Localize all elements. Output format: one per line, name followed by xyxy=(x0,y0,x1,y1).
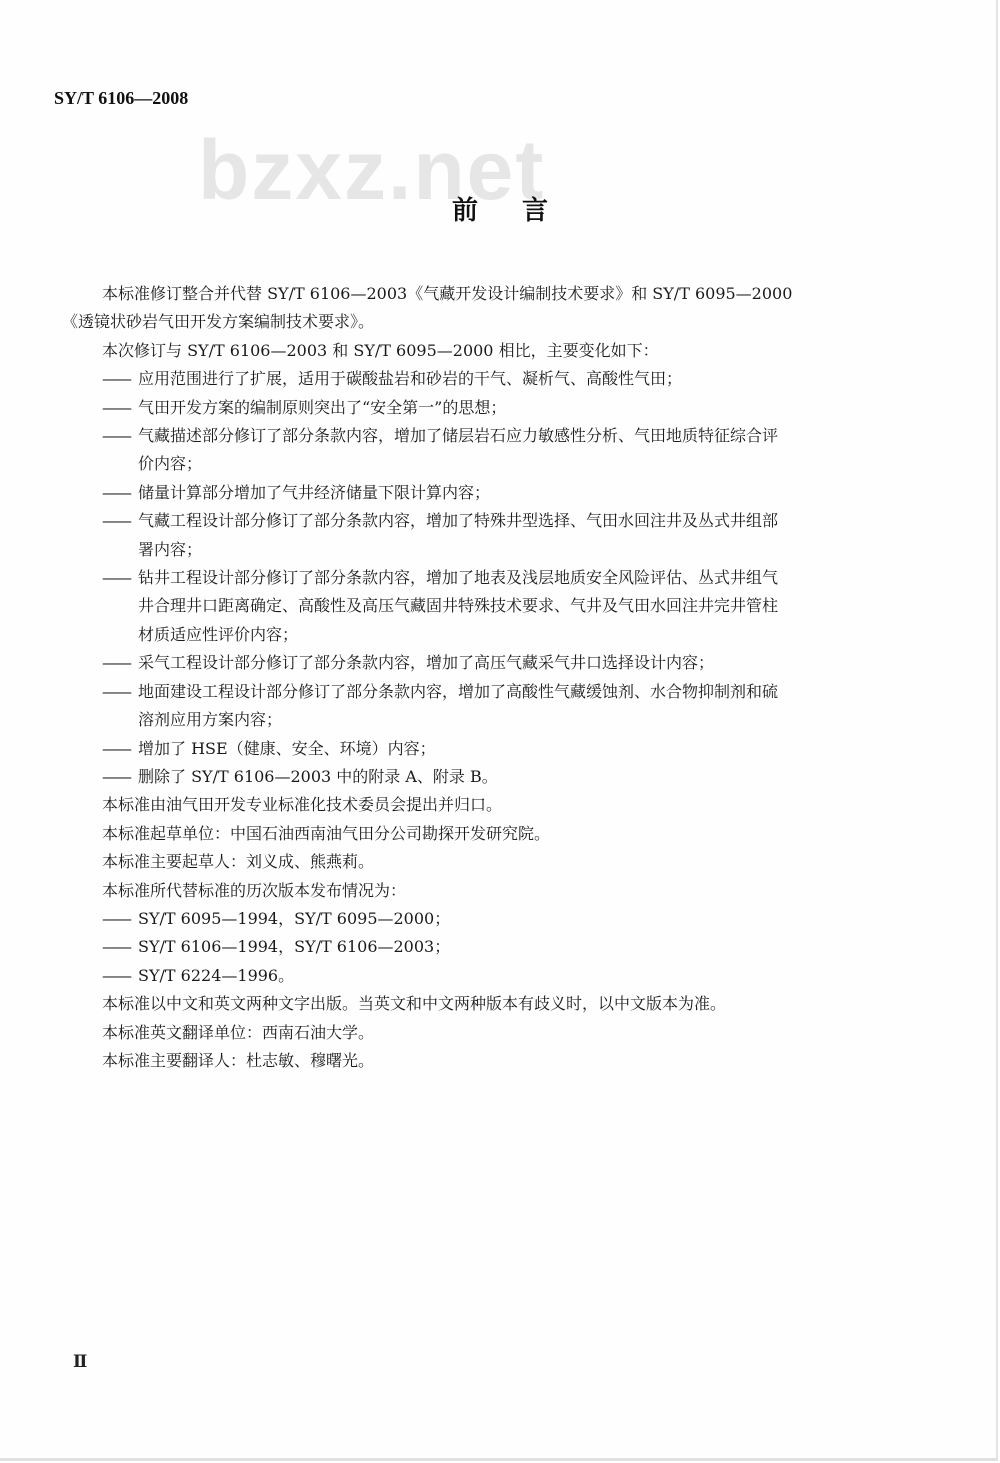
statement-language: 本标准以中文和英文两种文字出版。当英文和中文两种版本有歧义时，以中文版本为准。 xyxy=(102,990,892,1018)
change-item: —— 删除了 SY/T 6106—2003 中的附录 A、附录 B。 xyxy=(102,763,892,791)
page-number: Ⅱ xyxy=(73,1352,87,1372)
change-text-cont: 价内容； xyxy=(138,450,892,478)
change-item: —— 地面建设工程设计部分修订了部分条款内容，增加了高酸性气藏缓蚀剂、水合物抑制… xyxy=(102,678,892,735)
change-text: 钻井工程设计部分修订了部分条款内容，增加了地表及浅层地质安全风险评估、丛式井组气 xyxy=(138,564,892,592)
change-item: —— 钻井工程设计部分修订了部分条款内容，增加了地表及浅层地质安全风险评估、丛式… xyxy=(102,564,892,649)
page-title: 前言 xyxy=(0,190,1000,227)
history-item: —— SY/T 6224—1996。 xyxy=(102,962,892,990)
change-text-cont: 署内容； xyxy=(138,536,892,564)
standard-code: SY/T 6106—2008 xyxy=(54,88,188,109)
change-text: 气田开发方案的编制原则突出了“安全第一”的思想； xyxy=(138,394,892,422)
dash-marker: —— xyxy=(102,763,138,791)
dash-marker: —— xyxy=(102,394,138,422)
change-text: 删除了 SY/T 6106—2003 中的附录 A、附录 B。 xyxy=(138,763,892,791)
history-item: —— SY/T 6095—1994，SY/T 6095—2000； xyxy=(102,905,892,933)
history-list: —— SY/T 6095—1994，SY/T 6095—2000； —— SY/… xyxy=(102,905,892,990)
change-item: —— 应用范围进行了扩展，适用于碳酸盐岩和砂岩的干气、凝析气、高酸性气田； xyxy=(102,365,892,393)
change-item: —— 气田开发方案的编制原则突出了“安全第一”的思想； xyxy=(102,394,892,422)
document-page: SY/T 6106—2008 bzxz.net 前言 本标准修订整合并代替 SY… xyxy=(0,0,998,1461)
change-text: 气藏工程设计部分修订了部分条款内容，增加了特殊井型选择、气田水回注井及丛式井组部 xyxy=(138,507,892,535)
history-item: —— SY/T 6106—1994，SY/T 6106—2003； xyxy=(102,933,892,961)
change-item: —— 储量计算部分增加了气井经济储量下限计算内容； xyxy=(102,479,892,507)
paragraph-changes-intro: 本次修订与 SY/T 6106—2003 和 SY/T 6095—2000 相比… xyxy=(102,337,892,365)
paragraph-replaces-line2: 《透镜状砂岩气田开发方案编制技术要求》。 xyxy=(62,312,374,331)
change-text: 储量计算部分增加了气井经济储量下限计算内容； xyxy=(138,479,892,507)
dash-marker: —— xyxy=(102,735,138,763)
change-text-cont: 材质适应性评价内容； xyxy=(138,621,892,649)
statement-drafting-unit: 本标准起草单位：中国石油西南油气田分公司勘探开发研究院。 xyxy=(102,820,892,848)
statement-proposer: 本标准由油气田开发专业标准化技术委员会提出并归口。 xyxy=(102,791,892,819)
change-item: —— 采气工程设计部分修订了部分条款内容，增加了高压气藏采气井口选择设计内容； xyxy=(102,649,892,677)
change-item: —— 气藏工程设计部分修订了部分条款内容，增加了特殊井型选择、气田水回注井及丛式… xyxy=(102,507,892,564)
change-text-cont: 井合理井口距离确定、高酸性及高压气藏固井特殊技术要求、气井及气田水回注井完井管柱 xyxy=(138,592,892,620)
change-text: 地面建设工程设计部分修订了部分条款内容，增加了高酸性气藏缓蚀剂、水合物抑制剂和硫 xyxy=(138,678,892,706)
dash-marker: —— xyxy=(102,905,138,933)
dash-marker: —— xyxy=(102,962,138,990)
dash-marker: —— xyxy=(102,365,138,393)
dash-marker: —— xyxy=(102,678,138,706)
changes-list: —— 应用范围进行了扩展，适用于碳酸盐岩和砂岩的干气、凝析气、高酸性气田； ——… xyxy=(102,365,892,791)
dash-marker: —— xyxy=(102,933,138,961)
paragraph-replaces-cont: 《透镜状砂岩气田开发方案编制技术要求》。 xyxy=(62,308,892,336)
paragraph-replaces-line1: 本标准修订整合并代替 SY/T 6106—2003《气藏开发设计编制技术要求》和… xyxy=(102,284,792,303)
dash-marker: —— xyxy=(102,649,138,677)
dash-marker: —— xyxy=(102,564,138,592)
paragraph-replaces: 本标准修订整合并代替 SY/T 6106—2003《气藏开发设计编制技术要求》和… xyxy=(102,280,892,308)
statement-translation-unit: 本标准英文翻译单位：西南石油大学。 xyxy=(102,1019,892,1047)
statement-translators: 本标准主要翻译人：杜志敏、穆曙光。 xyxy=(102,1047,892,1075)
dash-marker: —— xyxy=(102,507,138,535)
change-text: 采气工程设计部分修订了部分条款内容，增加了高压气藏采气井口选择设计内容； xyxy=(138,649,892,677)
change-text: 应用范围进行了扩展，适用于碳酸盐岩和砂岩的干气、凝析气、高酸性气田； xyxy=(138,365,892,393)
foreword-body: 本标准修订整合并代替 SY/T 6106—2003《气藏开发设计编制技术要求》和… xyxy=(102,280,892,1075)
change-item: —— 增加了 HSE（健康、安全、环境）内容； xyxy=(102,735,892,763)
statement-drafters: 本标准主要起草人：刘义成、熊燕莉。 xyxy=(102,848,892,876)
history-text: SY/T 6224—1996。 xyxy=(138,962,892,990)
statement-history-intro: 本标准所代替标准的历次版本发布情况为： xyxy=(102,877,892,905)
dash-marker: —— xyxy=(102,479,138,507)
change-text: 气藏描述部分修订了部分条款内容，增加了储层岩石应力敏感性分析、气田地质特征综合评 xyxy=(138,422,892,450)
change-text: 增加了 HSE（健康、安全、环境）内容； xyxy=(138,735,892,763)
change-text-cont: 溶剂应用方案内容； xyxy=(138,706,892,734)
history-text: SY/T 6095—1994，SY/T 6095—2000； xyxy=(138,905,892,933)
dash-marker: —— xyxy=(102,422,138,450)
change-item: —— 气藏描述部分修订了部分条款内容，增加了储层岩石应力敏感性分析、气田地质特征… xyxy=(102,422,892,479)
history-text: SY/T 6106—1994，SY/T 6106—2003； xyxy=(138,933,892,961)
